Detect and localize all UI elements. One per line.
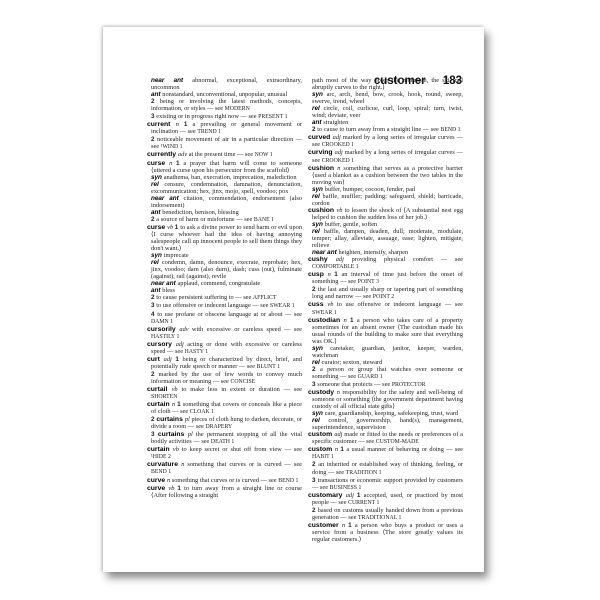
- part-of-speech: adv: [179, 326, 192, 333]
- entry-line: 2 a source of harm or misfortune — see B…: [147, 216, 302, 224]
- cross-reference[interactable]: CROOKED 1: [322, 142, 354, 148]
- entry-line: 3 transactions or economic support provi…: [308, 477, 463, 492]
- usage-label: syn: [312, 221, 325, 228]
- dictionary-entry: custom adj made or fitted to the needs o…: [308, 431, 463, 446]
- part-of-speech: vb: [173, 446, 182, 453]
- usage-label: rel: [312, 105, 323, 112]
- definition-text: at the present time — see: [189, 151, 253, 158]
- entry-line: 2 marked by the use of few words to conv…: [147, 371, 302, 386]
- cross-reference[interactable]: BANE 1: [254, 217, 274, 223]
- entry-line: near ant abnormal, exceptional, extraord…: [147, 77, 302, 91]
- cross-reference[interactable]: CROOKED 1: [322, 158, 354, 164]
- entry-line: 2 to cause to turn away from a straight …: [308, 126, 463, 134]
- cross-reference[interactable]: GUARD 1: [358, 374, 383, 380]
- headword: cushion: [308, 165, 337, 172]
- sense-number: 2: [151, 98, 160, 105]
- dictionary-entry: custody n responsibility for the safety …: [308, 389, 463, 410]
- dictionary-entry: curt adj 1 being or characterized by dir…: [147, 356, 302, 371]
- definition-text: a usual manner of behaving or doing — se…: [346, 446, 463, 453]
- definition-text: condemn, damn, denounce, execrate, repro…: [151, 259, 302, 280]
- cross-reference[interactable]: DEATH 1: [211, 439, 234, 445]
- cross-reference[interactable]: HASTILY 1: [151, 334, 179, 340]
- definition-text: baffle, dampen, deaden, dull; moderate, …: [312, 228, 463, 249]
- dictionary-entry: custodian n 1 a person who takes care of…: [308, 317, 463, 345]
- part-of-speech: adj: [346, 492, 357, 499]
- headword: curving: [308, 149, 335, 156]
- sense-number: 1: [350, 317, 357, 324]
- entry-line: 2 being or involving the latest methods,…: [147, 98, 302, 113]
- definition-text: buffer, bumper, cocoon, fender, pad: [325, 186, 415, 193]
- part-of-speech: vb: [327, 301, 337, 308]
- cross-reference[interactable]: BEND 1: [278, 478, 298, 484]
- sense-number: 2: [312, 366, 320, 373]
- dictionary-entry: cuss vb to use offensive or indecent lan…: [308, 301, 463, 316]
- entry-line: 2 an inherited or established way of thi…: [308, 461, 463, 476]
- entry-line: near ant heighten, intensify, sharpen: [308, 249, 463, 256]
- dictionary-entry: curved adj marked by a long series of ir…: [308, 134, 463, 149]
- cross-reference[interactable]: NOW 1: [255, 152, 273, 158]
- definition-text: a person or group that watches over some…: [312, 366, 463, 380]
- entry-line: ant nonstandard, unconventional, unpopul…: [147, 91, 302, 98]
- entry-line: 3 to use offensive or indecent language …: [147, 302, 302, 310]
- entry-line: 3 existing or in progress right now — se…: [147, 113, 302, 121]
- sense-number: 3: [151, 431, 158, 438]
- cross-reference[interactable]: POINT 2: [373, 294, 394, 300]
- usage-label: near ant: [151, 195, 184, 202]
- headword: custodian: [308, 317, 344, 324]
- definition-text: an inherited or established way of think…: [312, 461, 463, 475]
- headword: curtains: [156, 416, 184, 423]
- cross-reference[interactable]: BUSINESS 1: [330, 485, 362, 491]
- dictionary-entry: current n 1 a prevailing or general move…: [147, 121, 302, 136]
- headword: curtail: [147, 386, 172, 393]
- entry-line: rel censure, condemnation, damnation, de…: [147, 181, 302, 195]
- definition-text: straighten: [323, 119, 348, 126]
- entry-line: syn anathema, ban, execration, imprecati…: [147, 174, 302, 181]
- definition-text: control, governorship, hand(s), manageme…: [312, 417, 463, 431]
- definition-text: arc, arch, bend, bow, crook, hook, round…: [312, 91, 463, 105]
- dictionary-entry: curse vb 1 to ask a divine power to send…: [147, 224, 302, 252]
- part-of-speech: vb: [172, 386, 182, 393]
- sense-number: 1: [357, 492, 364, 499]
- part-of-speech: vb: [167, 224, 175, 231]
- headword: custody: [308, 389, 337, 396]
- part-of-speech: n: [169, 160, 176, 167]
- dictionary-entry: curving adj marked by a long series of i…: [308, 149, 463, 164]
- headword: curved: [308, 134, 333, 141]
- cross-reference[interactable]: SHORTEN: [151, 394, 177, 400]
- cross-reference[interactable]: CLOAK 1: [190, 409, 214, 415]
- usage-label: rel: [312, 417, 328, 424]
- cross-reference[interactable]: ¹HIDE 2: [151, 454, 171, 460]
- usage-label: rel: [151, 181, 164, 188]
- entry-line: syn arc, arch, bend, bow, crook, hook, r…: [308, 91, 463, 105]
- entry-line: syn imprecate: [147, 252, 302, 259]
- sense-number: 1: [175, 356, 182, 363]
- headword: cuss: [308, 301, 327, 308]
- cross-reference[interactable]: SWEAR 1: [270, 303, 295, 309]
- cross-reference[interactable]: BEND 1: [440, 127, 460, 133]
- definition-text: to make less in extent or duration — see: [181, 386, 302, 393]
- definition-text: imprecate: [164, 252, 189, 259]
- part-of-speech: n: [176, 121, 184, 128]
- cross-reference[interactable]: POINT 3: [358, 279, 379, 285]
- headword: curve: [147, 485, 168, 492]
- definition-text: providing physical comfort — see: [352, 256, 463, 263]
- definition-text: bless: [162, 287, 175, 294]
- part-of-speech: adj: [334, 431, 344, 438]
- definition-text: existing or in progress right now — see: [156, 113, 256, 120]
- cross-reference[interactable]: COMFORTABLE 1: [312, 264, 359, 270]
- dictionary-entry: custom n 1 a usual manner of behaving or…: [308, 446, 463, 461]
- usage-label: rel: [312, 228, 324, 235]
- cross-reference[interactable]: MODERN: [225, 106, 250, 112]
- cross-reference[interactable]: SWEAR 1: [312, 310, 337, 316]
- headword: curtain: [147, 401, 172, 408]
- dictionary-entry: cushion vb to lessen the shock of ⟨A sub…: [308, 207, 463, 221]
- usage-label: ant: [151, 287, 162, 294]
- cross-reference[interactable]: TRADITION 1: [346, 470, 382, 476]
- definition-text: applaud, commend, congratulate: [177, 280, 260, 287]
- definition-text: something that curves or is curved — see: [172, 477, 277, 484]
- part-of-speech: adj: [333, 134, 343, 141]
- part-of-speech: adj: [335, 149, 345, 156]
- cross-reference[interactable]: DRAPERY: [205, 424, 232, 430]
- entry-line: 2 the last and usually sharp or tapering…: [308, 286, 463, 301]
- entry-line: syn care, guardianship, keeping, safekee…: [308, 410, 463, 417]
- dictionary-entry: cursory adj acting or done with excessiv…: [147, 341, 302, 356]
- dictionary-entry: customer n 1 a person who buys a product…: [308, 522, 463, 543]
- definition-text: to cause persistent suffering to — see: [156, 294, 251, 301]
- dictionary-entry: curve n something that curves or is curv…: [147, 477, 302, 485]
- entry-line: 2 a person or group that watches over so…: [308, 366, 463, 381]
- entry-line: rel baffle, dampen, deaden, dull; modera…: [308, 228, 463, 249]
- usage-label: rel: [312, 193, 323, 200]
- cross-reference[interactable]: BEND 1: [151, 469, 171, 475]
- usage-label: near ant: [151, 77, 192, 84]
- entry-line: 2 curtains pl pieces of cloth hung to da…: [147, 416, 302, 431]
- dictionary-entry: cursorily adv with excessive or careless…: [147, 326, 302, 341]
- cross-reference[interactable]: TREND 1: [197, 129, 221, 135]
- definition-text: curator; sexton, steward: [322, 359, 383, 366]
- entry-line: near ant applaud, commend, congratulate: [147, 280, 302, 287]
- usage-label: rel: [151, 259, 162, 266]
- usage-label: ant: [151, 209, 162, 216]
- usage-label: syn: [151, 174, 164, 181]
- entry-line: rel condemn, damn, denounce, execrate, r…: [147, 259, 302, 280]
- entry-line: rel curator; sexton, steward: [308, 359, 463, 366]
- entry-line: 2 noticeable movement of air in a partic…: [147, 136, 302, 151]
- entry-line: rel baffle, muffler; padding; safeguard,…: [308, 193, 463, 207]
- definition-text: nonstandard, unconventional, unpopular, …: [162, 91, 287, 98]
- dictionary-entry: curve vb 1 to turn away from a straight …: [147, 485, 302, 499]
- cross-reference[interactable]: CUSTOM-MADE: [376, 439, 419, 445]
- cross-reference[interactable]: PROTECTOR: [392, 382, 426, 388]
- headword: cushion: [308, 207, 336, 214]
- definition-text: caretaker, guardian, janitor, keeper, wa…: [312, 345, 463, 359]
- dictionary-entry: curtail vb to make less in extent or dur…: [147, 386, 302, 401]
- definition-text: path most of the way down the mountain, …: [312, 77, 463, 91]
- cross-reference[interactable]: TRADITIONAL 1: [358, 515, 401, 521]
- headword: curve: [147, 477, 167, 484]
- headword: curtain: [147, 446, 173, 453]
- cross-reference[interactable]: ¹WIND 1: [161, 144, 183, 150]
- entry-line: 2 based on customs usually handed down f…: [308, 507, 463, 522]
- usage-label: ant: [151, 91, 162, 98]
- definition-text: with excessive or careless speed — see: [192, 326, 302, 333]
- dictionary-entry: curtain n 1 something that covers or con…: [147, 401, 302, 416]
- entry-line: ant straighten: [308, 119, 463, 126]
- definition-text: censure, condemnation, damnation, denunc…: [151, 181, 302, 195]
- cross-reference[interactable]: AFFLICT: [253, 295, 277, 301]
- text-columns: near ant abnormal, exceptional, extraord…: [147, 77, 463, 543]
- headword: cushy: [308, 256, 336, 263]
- entry-line: 3 curtains pl the permanent stopping of …: [147, 431, 302, 446]
- usage-label: syn: [312, 186, 325, 193]
- part-of-speech: adj: [336, 256, 352, 263]
- definition-text: to keep secret or shut off from view — s…: [182, 446, 302, 453]
- entry-line: syn buffer, bumper, cocoon, fender, pad: [308, 186, 463, 193]
- headword: customer: [308, 522, 342, 529]
- definition-text: someone that protects — see: [317, 381, 390, 388]
- sense-number: 1: [184, 121, 193, 128]
- entry-line: 2 to cause persistent suffering to — see…: [147, 294, 302, 302]
- headword: curt: [147, 356, 164, 363]
- definition-text: benediction, benison, blessing: [162, 209, 238, 216]
- definition-text: heighten, intensify, sharpen: [338, 249, 408, 256]
- definition-text: a source of harm or misfortune — see: [156, 216, 252, 223]
- dictionary-entry: curse n 1 a prayer that harm will come t…: [147, 160, 302, 174]
- usage-label: syn: [151, 252, 164, 259]
- definition-text: to use offensive or indecent language — …: [337, 301, 463, 308]
- usage-label: rel: [312, 359, 322, 366]
- entry-line: 3 someone that protects — see PROTECTOR: [308, 381, 463, 389]
- usage-label: syn: [312, 410, 325, 417]
- part-of-speech: adj: [164, 356, 176, 363]
- usage-label: syn: [312, 91, 327, 98]
- headword: currently: [147, 151, 178, 158]
- sense-number: 2: [151, 371, 159, 378]
- right-column: path most of the way down the mountain, …: [308, 77, 463, 543]
- usage-label: near ant: [151, 280, 177, 287]
- cross-reference[interactable]: DAMN 1: [151, 319, 173, 325]
- definition-text: baffle, muffler; padding; safeguard, shi…: [312, 193, 463, 207]
- headword: curse: [147, 160, 169, 167]
- dictionary-entry: currently adv at the present time — see …: [147, 151, 302, 159]
- part-of-speech: vb: [336, 207, 344, 214]
- headword: current: [147, 121, 176, 128]
- entry-line: ant bless: [147, 287, 302, 294]
- cross-reference[interactable]: PRESENT 1: [258, 114, 287, 120]
- usage-label: syn: [312, 345, 330, 352]
- headword: custom: [308, 446, 335, 453]
- cross-reference[interactable]: BLUNT 1: [257, 364, 281, 370]
- part-of-speech: adj: [176, 341, 188, 348]
- cross-reference[interactable]: CURRENT 1: [348, 500, 379, 506]
- entry-line: 4 to use profane or obscene language at …: [147, 311, 302, 326]
- entry-line: ant benediction, benison, blessing: [147, 209, 302, 216]
- dictionary-entry: cushion n something that serves as a pro…: [308, 165, 463, 186]
- definition-text: to cause to turn away from a straight li…: [317, 126, 439, 133]
- headword: custom: [308, 431, 334, 438]
- entry-line: syn caretaker, guardian, janitor, keeper…: [308, 345, 463, 359]
- cross-reference[interactable]: CONCISE: [230, 379, 255, 385]
- headword: cursory: [147, 341, 176, 348]
- headword: cursorily: [147, 326, 179, 333]
- definition-text: marked by the use of few words to convey…: [151, 371, 302, 385]
- dictionary-entry: curvature n something that curves or is …: [147, 461, 302, 476]
- entry-line: syn buffer, gentle, soften: [308, 221, 463, 228]
- cross-reference[interactable]: HASTY 1: [185, 349, 208, 355]
- entry-line: rel circle, coil, curlicue, curl, loop, …: [308, 105, 463, 119]
- entry-line: path most of the way down the mountain, …: [308, 77, 463, 91]
- headword: curtains: [158, 431, 188, 438]
- definition-text: something that curves or is curved — see: [187, 461, 302, 468]
- dictionary-entry: customary adj 1 accepted, used, or pract…: [308, 492, 463, 507]
- entry-line: near ant citation, commendation, endorse…: [147, 195, 302, 209]
- dictionary-entry: curtain vb to keep secret or shut off fr…: [147, 446, 302, 461]
- entry-line: rel control, governorship, hand(s), mana…: [308, 417, 463, 431]
- definition-text: to use offensive or indecent language — …: [156, 302, 268, 309]
- definition-text: circle, coil, curlicue, curl, loop, spir…: [312, 105, 463, 119]
- headword: cusp: [308, 271, 328, 278]
- sense-number: 1: [348, 522, 355, 529]
- headword: curvature: [147, 461, 181, 468]
- part-of-speech: adv: [178, 151, 189, 158]
- definition-text: to use profane or obscene language at or…: [157, 311, 302, 318]
- part-of-speech: pl: [188, 431, 196, 438]
- dictionary-entry: cushy adj providing physical comfort — s…: [308, 256, 463, 271]
- definition-text: buffer, gentle, soften: [325, 221, 377, 228]
- usage-label: ant: [312, 119, 323, 126]
- usage-label: near ant: [312, 249, 338, 256]
- definition-text: anathema, ban, execration, imprecation, …: [164, 174, 297, 181]
- headword: customary: [308, 492, 346, 499]
- left-column: near ant abnormal, exceptional, extraord…: [147, 77, 302, 543]
- cross-reference[interactable]: HABIT 1: [312, 454, 334, 460]
- dictionary-entry: cusp n 1 an interval of time just before…: [308, 271, 463, 286]
- headword: curse: [147, 224, 167, 231]
- definition-text: care, guardianship, keeping, safekeeping…: [325, 410, 459, 417]
